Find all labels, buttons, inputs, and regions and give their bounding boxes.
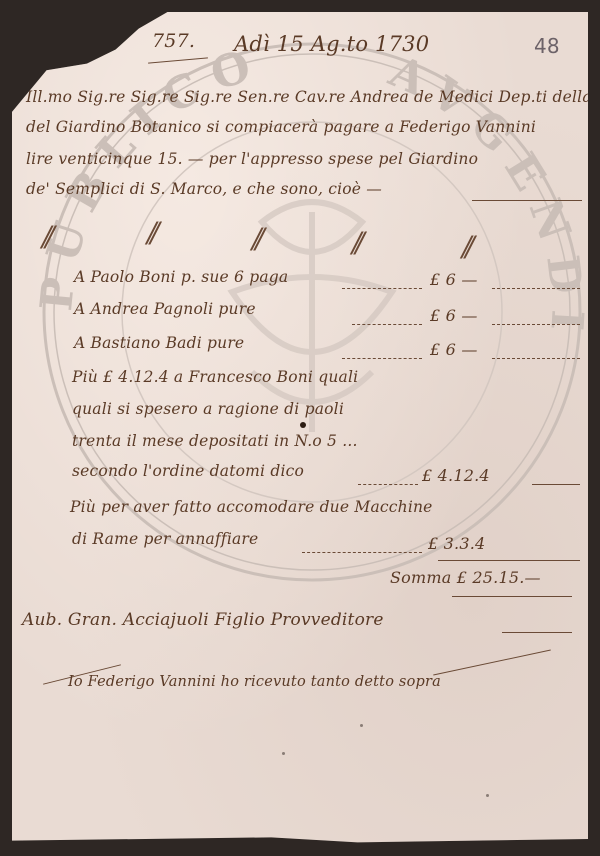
leader-dashes <box>302 552 422 553</box>
separator-mark: // <box>252 222 259 255</box>
ink-spot <box>300 422 306 428</box>
leader-dashes <box>492 288 580 289</box>
entry-3-amount: £ 6 — <box>430 340 478 359</box>
entry-4-line-4: secondo l'ordine datomi dico <box>72 462 304 480</box>
preamble-end-rule <box>472 200 582 201</box>
leader-dashes <box>358 484 418 485</box>
entry-2-text: A Andrea Pagnoli pure <box>74 300 256 318</box>
flourish-stroke <box>433 650 551 676</box>
archive-number-underline <box>148 57 208 63</box>
entry-5-line-2: di Rame per annaffiare <box>72 530 258 548</box>
signature-receipt: Io Federigo Vannini ho ricevuto tanto de… <box>68 674 441 690</box>
entry-4-line-3: trenta il mese depositati in N.o 5 ... <box>72 432 358 450</box>
separator-mark: // <box>462 230 469 263</box>
entry-3-text: A Bastiano Badi pure <box>74 334 244 352</box>
entry-4-amount: £ 4.12.4 <box>422 466 490 485</box>
entry-4-line-2: quali si spesero a ragione di paoli <box>72 400 344 418</box>
entry-2-amount: £ 6 — <box>430 306 478 325</box>
preamble-line-4: de' Semplici di S. Marco, e che sono, ci… <box>26 180 382 198</box>
document-page: PUBLICO AVGENDI 757. Adì 15 Ag.to 1730 4… <box>12 12 588 844</box>
leader-dashes <box>342 288 422 289</box>
entry-5-amount: £ 3.3.4 <box>428 534 485 553</box>
seal-watermark: PUBLICO AVGENDI <box>12 12 588 844</box>
separator-mark: // <box>42 220 49 253</box>
leader-dashes <box>352 324 422 325</box>
folio-number: 48 <box>534 34 560 58</box>
separator-mark: // <box>352 226 359 259</box>
total-rule <box>438 560 580 561</box>
total-underline <box>452 596 572 597</box>
paper-speck <box>282 752 285 755</box>
preamble-line-3: lire venticinque 15. — per l'appresso sp… <box>26 150 478 168</box>
leader-dashes <box>492 358 580 359</box>
total-amount: Somma £ 25.15.— <box>390 568 541 587</box>
amount-rule <box>532 484 580 485</box>
archive-number: 757. <box>152 30 195 52</box>
preamble-line-2: del Giardino Botanico si compiacerà paga… <box>26 118 536 136</box>
entry-1-amount: £ 6 — <box>430 270 478 289</box>
entry-5-line-1: Più per aver fatto accomodare due Macchi… <box>70 498 433 516</box>
paper-speck <box>360 724 363 727</box>
entry-4-line-1: Più £ 4.12.4 a Francesco Boni quali <box>72 368 358 386</box>
leader-dashes <box>492 324 580 325</box>
separator-mark: // <box>147 216 154 249</box>
leader-dashes <box>342 358 422 359</box>
entry-1-text: A Paolo Boni p. sue 6 paga <box>74 268 288 286</box>
preamble-line-1: Ill.mo Sig.re Sig.re Sig.re Sen.re Cav.r… <box>26 88 588 106</box>
paper-speck <box>486 794 489 797</box>
signature-rule <box>502 632 572 633</box>
document-date: Adì 15 Ag.to 1730 <box>234 32 429 56</box>
signature-provveditore: Aub. Gran. Acciajuoli Figlio Provveditor… <box>22 610 384 630</box>
